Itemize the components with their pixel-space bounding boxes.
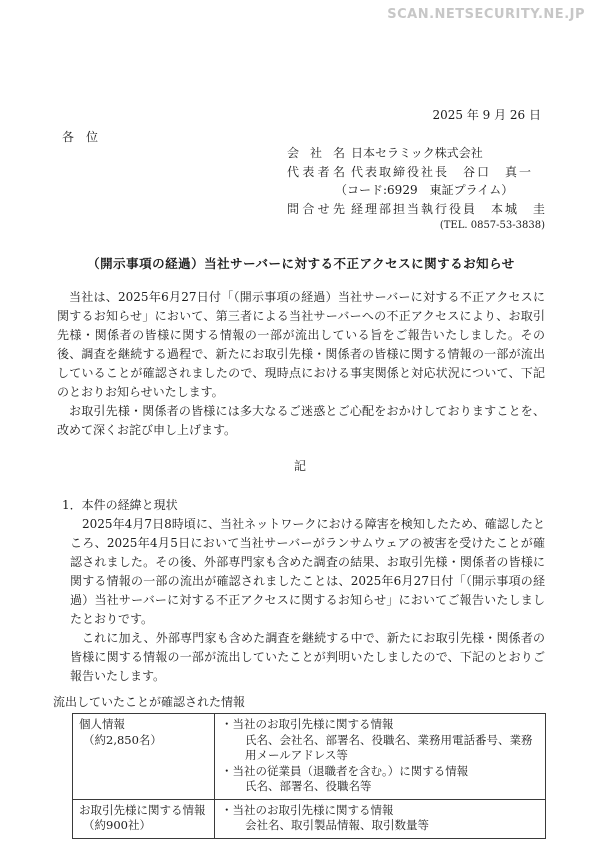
intro-paragraph-1: 当社は、2025年6月27日付「（開示事項の経過）当社サーバーに対する不正アクセ… bbox=[57, 288, 545, 402]
contact-row: 問合せ先経理部担当執行役員 本城 圭 bbox=[287, 200, 545, 219]
contact-value: 経理部担当執行役員 本城 圭 bbox=[351, 202, 547, 216]
company-name-row: 会社名日本セラミック株式会社 bbox=[287, 144, 545, 163]
document-page: SCAN.NETSECURITY.NE.JP 2025 年 9 月 26 日 各… bbox=[0, 0, 595, 842]
leak-table-caption: 流出していたことが確認された情報 bbox=[53, 694, 545, 710]
addressee: 各 位 bbox=[62, 130, 545, 144]
detail-text: 氏名、会社名、部署名、役職名、業務用電話番号、業務用メールアドレス等 bbox=[245, 733, 539, 764]
company-info-block: 会社名日本セラミック株式会社 代表者名代表取締役社長 谷口 真一 （コード:69… bbox=[287, 144, 545, 234]
category-count: （約900社） bbox=[79, 818, 208, 834]
section1-paragraph-1: 2025年4月7日8時頃に、当社ネットワークにおける障害を検知したため、確認した… bbox=[70, 515, 545, 629]
intro-paragraph-2: お取引先様・関係者の皆様には多大なるご迷惑とご心配をおかけしておりますことを、改… bbox=[57, 402, 545, 440]
detail-cell: ・当社のお取引先様に関する情報 会社名、取引製品情報、取引数量等 bbox=[215, 799, 546, 838]
category-name: お取引先様に関する情報 bbox=[79, 803, 208, 819]
detail-bullet: ・当社のお取引先様に関する情報 bbox=[221, 803, 539, 819]
detail-cell: ・当社のお取引先様に関する情報 氏名、会社名、部署名、役職名、業務用電話番号、業… bbox=[215, 714, 546, 800]
leak-table-row-partners: お取引先様に関する情報 （約900社） ・当社のお取引先様に関する情報 会社名、… bbox=[73, 799, 546, 838]
watermark: SCAN.NETSECURITY.NE.JP bbox=[387, 7, 585, 22]
document-content: 2025 年 9 月 26 日 各 位 会社名日本セラミック株式会社 代表者名代… bbox=[0, 0, 595, 839]
representative-row: 代表者名代表取締役社長 谷口 真一 bbox=[287, 163, 545, 182]
company-name-value: 日本セラミック株式会社 bbox=[351, 146, 483, 160]
stock-code-row: （コード:6929 東証プライム） bbox=[335, 181, 545, 200]
separator-ki: 記 bbox=[57, 457, 545, 476]
leak-table: 個人情報 （約2,850名） ・当社のお取引先様に関する情報 氏名、会社名、部署… bbox=[72, 713, 546, 839]
document-date: 2025 年 9 月 26 日 bbox=[57, 106, 541, 125]
representative-label: 代表者名 bbox=[287, 163, 345, 182]
contact-label: 問合せ先 bbox=[287, 200, 345, 219]
section1-heading: 1．本件の経緯と現状 bbox=[62, 496, 545, 515]
detail-bullet: ・当社の従業員（退職者を含む。）に関する情報 bbox=[221, 764, 539, 780]
detail-text: 氏名、部署名、役職名等 bbox=[245, 779, 539, 795]
category-count: （約2,850名） bbox=[79, 733, 208, 749]
document-title: （開示事項の経過）当社サーバーに対する不正アクセスに関するお知らせ bbox=[57, 254, 545, 274]
detail-text: 会社名、取引製品情報、取引数量等 bbox=[245, 818, 539, 834]
leak-table-row-personal: 個人情報 （約2,850名） ・当社のお取引先様に関する情報 氏名、会社名、部署… bbox=[73, 714, 546, 800]
stock-code-value: （コード:6929 東証プライム） bbox=[335, 183, 513, 197]
telephone-row: (TEL. 0857-53-3838) bbox=[287, 218, 545, 234]
category-name: 個人情報 bbox=[79, 717, 208, 733]
category-cell: 個人情報 （約2,850名） bbox=[73, 714, 215, 800]
telephone-value: (TEL. 0857-53-3838) bbox=[440, 220, 545, 231]
category-cell: お取引先様に関する情報 （約900社） bbox=[73, 799, 215, 838]
section1-paragraph-2: これに加え、外部専門家も含めた調査を継続する中で、新たにお取引先様・関係者の皆様… bbox=[70, 629, 545, 686]
representative-value: 代表取締役社長 谷口 真一 bbox=[351, 165, 533, 179]
company-name-label: 会社名 bbox=[287, 144, 345, 163]
detail-bullet: ・当社のお取引先様に関する情報 bbox=[221, 717, 539, 733]
